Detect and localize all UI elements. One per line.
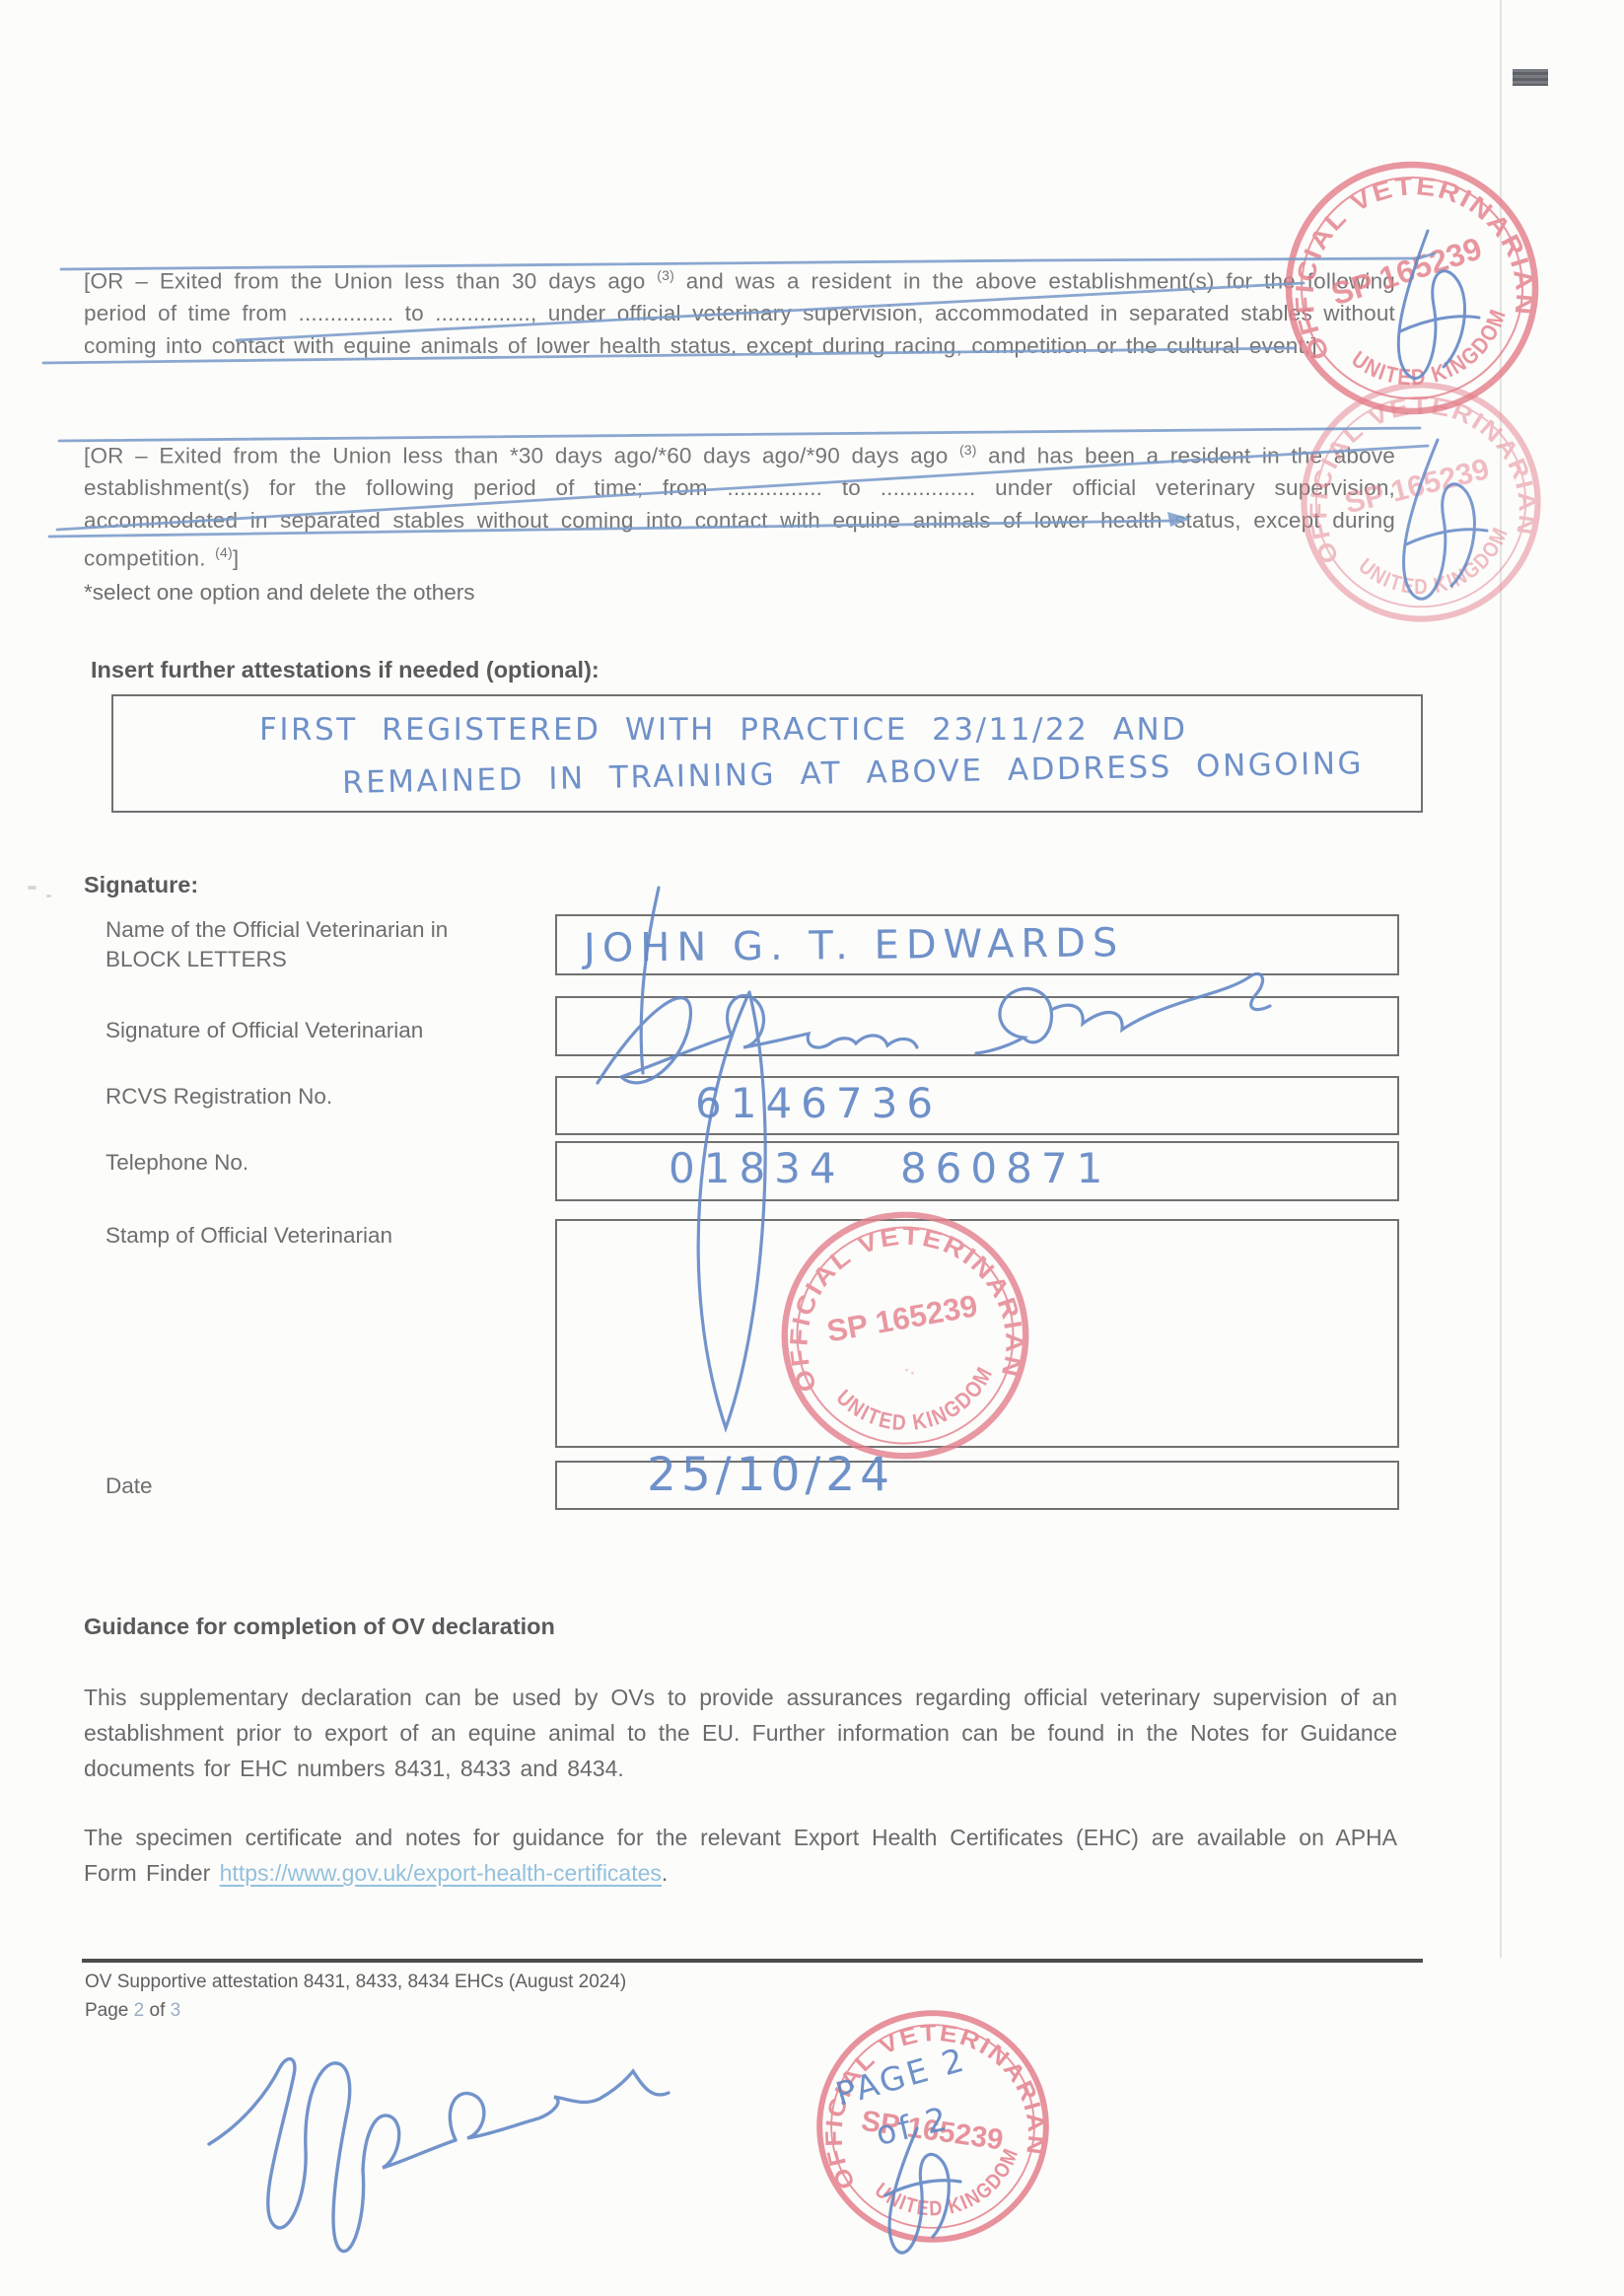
name-label: Name of the Official Veterinarian in BLO… [106, 915, 520, 974]
bottom-signature [209, 2059, 364, 2252]
scan-edge-line [1500, 0, 1502, 1958]
rcvs-handwritten-value: 6146736 [695, 1079, 942, 1127]
bottom-stamp-handwriting-line2: of 2 [873, 2099, 953, 2153]
scan-dark-mark [1513, 69, 1548, 86]
footer-page-total: 3 [171, 2000, 181, 2021]
strikethrough-line [1418, 253, 1435, 258]
option2-text: ] [233, 546, 239, 571]
scan-speck [46, 895, 51, 897]
footer-document-title: OV Supportive attestation 8431, 8433, 84… [85, 1972, 626, 1993]
bottom-signature [363, 2116, 456, 2170]
bottom-stamp-handwriting-line1: PAGE 2 [831, 2040, 970, 2114]
date-handwritten-value: 25/10/24 [647, 1448, 894, 1502]
initials-ink [1398, 231, 1464, 379]
attestation-handwriting-line1: FIRST REGISTERED WITH PRACTICE 23/11/22 … [259, 712, 1188, 748]
attestation-heading: Insert further attestations if needed (o… [91, 657, 600, 683]
signature-label: Signature of Official Veterinarian [106, 1016, 423, 1045]
guidance-paragraph-2: The specimen certificate and notes for g… [84, 1820, 1397, 1891]
option1-paragraph: [OR – Exited from the Union less than 30… [84, 259, 1395, 363]
stamp-bottom-text: UNITED KINGDOM [867, 2140, 1035, 2239]
option1-text: [OR – Exited from the Union less than 30… [84, 268, 657, 293]
phone-label: Telephone No. [106, 1148, 248, 1178]
initials-ink [1406, 530, 1487, 544]
guidance-heading: Guidance for completion of OV declaratio… [84, 1614, 555, 1640]
signature-field-box [555, 996, 1399, 1056]
select-option-note: *select one option and delete the others [84, 580, 475, 606]
stamp-label: Stamp of Official Veterinarian [106, 1221, 392, 1251]
name-handwritten-value: JOHN G. T. EDWARDS [584, 920, 1125, 971]
bottom-signature [450, 2071, 669, 2140]
footer-page-current: 2 [134, 2000, 145, 2021]
footnote-ref-3: (3) [657, 267, 674, 283]
phone-handwritten-value: 01834 860871 [669, 1144, 1111, 1192]
rcvs-label: RCVS Registration No. [106, 1082, 332, 1112]
initials-ink [885, 2181, 960, 2195]
footer-page-number: Page 2 of 3 [85, 2000, 180, 2022]
export-health-certificates-link[interactable]: https://www.gov.uk/export-health-certifi… [220, 1860, 662, 1886]
svg-text:UNITED KINGDOM: UNITED KINGDOM [867, 2140, 1035, 2239]
scan-speck [28, 886, 36, 890]
signature-heading: Signature: [84, 872, 198, 898]
footer-rule [82, 1959, 1423, 1963]
rcvs-field-box [555, 1076, 1399, 1135]
footnote-ref-4: (4) [215, 544, 233, 560]
stamp-field-box [555, 1219, 1399, 1448]
guidance-paragraph-1: This supplementary declaration can be us… [84, 1680, 1397, 1786]
date-label: Date [106, 1471, 153, 1501]
initials-ink [1400, 317, 1479, 331]
footnote-ref-3: (3) [959, 442, 977, 458]
attestation-box: FIRST REGISTERED WITH PRACTICE 23/11/22 … [111, 694, 1423, 813]
scanned-document-page: [OR – Exited from the Union less than 30… [0, 0, 1624, 2296]
option2-text: [OR – Exited from the Union less than *3… [84, 443, 959, 467]
option2-paragraph: [OR – Exited from the Union less than *3… [84, 434, 1395, 575]
initials-ink [1404, 440, 1475, 599]
attestation-handwriting-line2: REMAINED IN TRAINING AT ABOVE ADDRESS ON… [342, 746, 1365, 801]
